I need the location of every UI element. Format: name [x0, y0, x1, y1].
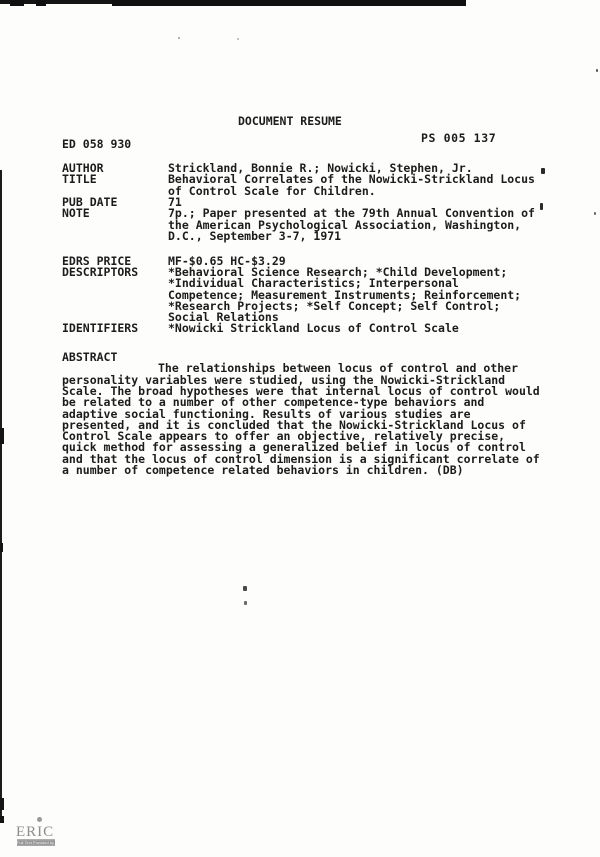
field-label-note: NOTE — [62, 208, 90, 219]
ed-accession-number: ED 058 930 — [62, 139, 131, 150]
eric-logo: ERIC Full Text Provided by ERIC — [16, 821, 62, 849]
page-title: DOCUMENT RESUME — [238, 116, 342, 127]
scan-speck — [243, 586, 247, 591]
scan-speck — [541, 168, 545, 174]
field-label-title: TITLE — [62, 174, 97, 185]
abstract-label: ABSTRACT — [62, 352, 117, 363]
eric-logo-banner-text: Full Text Provided by ERIC — [17, 839, 55, 846]
field-value-note: D.C., September 3-7, 1971 — [168, 231, 341, 242]
scan-blob-artifact — [0, 428, 4, 444]
scan-speck — [237, 38, 239, 40]
scan-blob-artifact — [0, 543, 3, 552]
document-resume-page: DOCUMENT RESUME ED 058 930 PS 005 137 AU… — [0, 0, 600, 857]
scan-speck — [594, 212, 596, 215]
ps-clearinghouse-number: PS 005 137 — [421, 133, 496, 144]
scan-blob-artifact — [0, 798, 4, 810]
scan-left-line-artifact — [0, 170, 2, 823]
eric-logo-banner: Full Text Provided by ERIC — [17, 839, 55, 846]
scan-top-bar-artifact — [36, 0, 46, 6]
field-label-descriptors: DESCRIPTORS — [62, 267, 138, 278]
scan-speck — [244, 601, 247, 605]
field-label-identifiers: IDENTIFIERS — [62, 323, 138, 334]
scan-blob-artifact — [0, 816, 4, 823]
abstract-line: a number of competence related behaviors… — [62, 465, 464, 476]
scan-speck — [178, 37, 180, 39]
scan-speck — [596, 69, 598, 72]
scan-speck — [540, 203, 543, 210]
eric-logo-text: ERIC — [16, 824, 54, 840]
scan-top-bar-artifact — [10, 0, 24, 6]
eric-logo-dot-icon — [37, 817, 42, 822]
field-value-identifiers: *Nowicki Strickland Locus of Control Sca… — [168, 323, 459, 334]
scan-top-bar-artifact — [112, 0, 466, 6]
field-value-title: of Control Scale for Children. — [168, 186, 376, 197]
